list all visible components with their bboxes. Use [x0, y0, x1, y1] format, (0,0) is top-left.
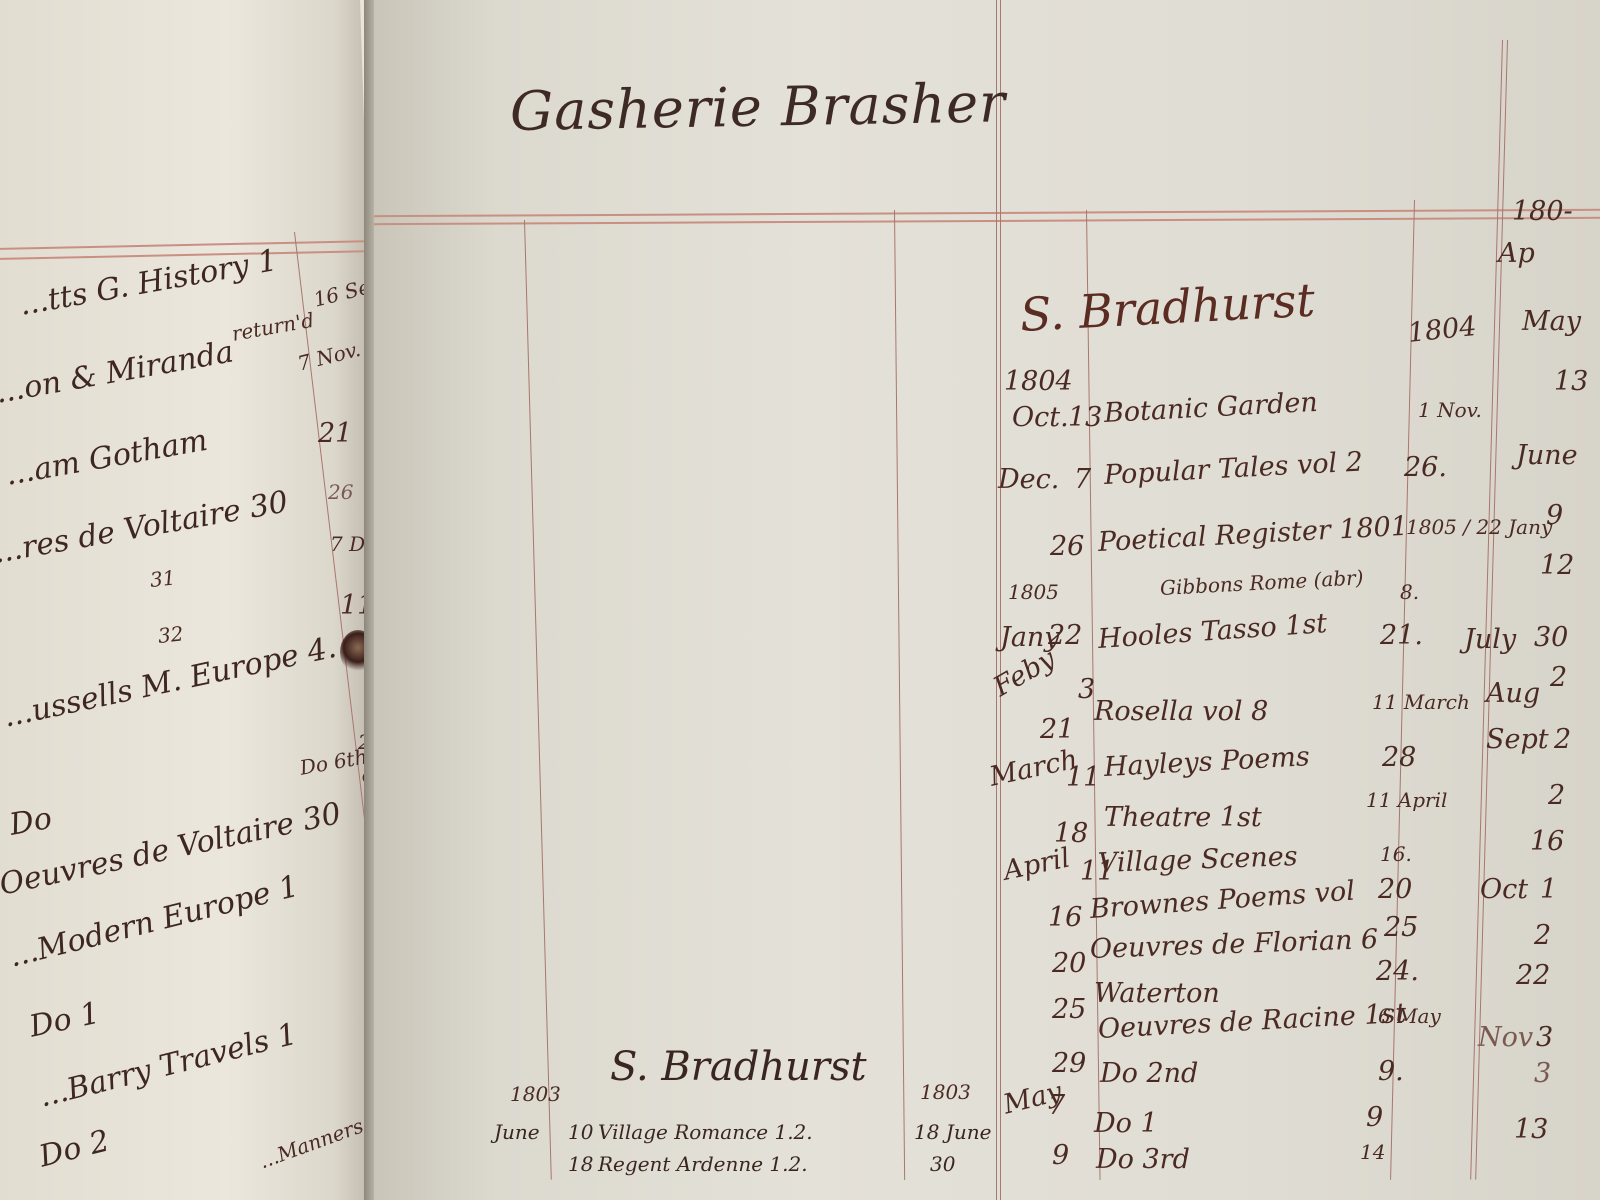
row-returned: 18 June — [914, 1120, 991, 1144]
row-returned: 11 March — [1372, 690, 1470, 714]
row-day: 11 — [1080, 856, 1114, 887]
edge-day: 2 — [1554, 724, 1571, 755]
left-entry-date: 21 — [318, 418, 352, 449]
edge-month: May — [1522, 306, 1581, 337]
left-entry-title: 31 — [149, 565, 177, 592]
row-returned: 1805 / 22 Jany — [1406, 515, 1552, 539]
edge-month: Sept — [1486, 724, 1549, 755]
edge-day: 13 — [1514, 1114, 1548, 1145]
edge-month: July — [1464, 624, 1516, 655]
edge-month: Ap — [1498, 238, 1535, 269]
row-day: 29 — [1052, 1048, 1086, 1079]
row-day: 9 — [1052, 1140, 1069, 1171]
row-title: Village Romance 1.2. — [598, 1120, 813, 1144]
edge-day: 30 — [1534, 622, 1568, 653]
row-returned: 16. — [1380, 842, 1412, 866]
row-returned: 21. — [1380, 620, 1423, 651]
row-title: Do 3rd — [1096, 1144, 1190, 1175]
edge-month: Oct — [1480, 874, 1528, 905]
row-day: 10 — [568, 1120, 593, 1144]
row-day: 7 — [1074, 464, 1091, 495]
row-day: 3 — [1078, 674, 1095, 705]
column-rule — [524, 220, 552, 1180]
edge-day: 16 — [1530, 826, 1564, 857]
edge-day: 2 — [1548, 780, 1565, 811]
row-month: Dec. — [998, 464, 1059, 495]
edge-day: 12 — [1540, 550, 1574, 581]
row-title: Regent Ardenne 1.2. — [598, 1152, 808, 1176]
left-entry-date: 26 — [328, 480, 353, 504]
row-returned: 20 — [1378, 874, 1412, 905]
row-title: Waterton — [1094, 978, 1220, 1009]
row-returned: 24. — [1376, 956, 1419, 987]
edge-day: 3 — [1534, 1058, 1551, 1089]
header-rule — [374, 209, 1600, 217]
row-returned: 1 Nov. — [1418, 398, 1482, 422]
row-day: 18 — [568, 1152, 593, 1176]
edge-day: 2 — [1534, 920, 1551, 951]
edge-day: 22 — [1516, 960, 1550, 991]
row-returned: 9. — [1378, 1056, 1404, 1087]
row-returned: 8. — [1400, 580, 1419, 604]
edge-month: Aug — [1486, 678, 1540, 709]
row-title: Theatre 1st — [1104, 802, 1262, 833]
row-title: Rosella vol 8 — [1094, 696, 1268, 727]
row-day: 26 — [1050, 531, 1084, 562]
edge-day: 1 — [1540, 874, 1557, 905]
row-day: 25 — [1052, 994, 1086, 1025]
edge-day: 13 — [1554, 366, 1588, 397]
edge-day: 3 — [1536, 1022, 1553, 1053]
left-entry-title: Do — [7, 801, 55, 843]
row-month: Oct. — [1012, 402, 1069, 433]
row-day: 7 — [1048, 1090, 1065, 1121]
row-returned: 14 — [1360, 1140, 1385, 1164]
edge-day: 2 — [1550, 662, 1567, 693]
row-title: Do 2nd — [1100, 1058, 1198, 1089]
edge-day: 9 — [1546, 500, 1563, 531]
column-rule — [996, 0, 997, 1200]
row-returned: 6 May — [1378, 1004, 1441, 1028]
row-month: 1805 — [1008, 580, 1059, 604]
row-day: 22 — [1048, 620, 1082, 651]
edge-month: Nov — [1478, 1022, 1533, 1053]
row-returned: 28 — [1382, 742, 1416, 773]
year-label: 1804 — [1004, 366, 1073, 397]
row-returned: 9 — [1366, 1102, 1383, 1133]
edge-year: 180- — [1512, 196, 1573, 227]
row-returned: 25 — [1384, 912, 1418, 943]
row-day: 13 — [1068, 402, 1102, 433]
row-returned: 26. — [1404, 452, 1447, 483]
edge-month: June — [1516, 440, 1578, 471]
row-returned: 30 — [930, 1152, 955, 1176]
column-rule — [1000, 0, 1001, 1200]
header-rule-2 — [374, 217, 1600, 225]
row-returned: 11 April — [1366, 788, 1447, 812]
year-label: 1803 — [510, 1082, 561, 1106]
borrower-name: S. Bradhurst — [610, 1044, 867, 1090]
year-label-right: 1803 — [920, 1080, 971, 1104]
row-month: June — [494, 1120, 540, 1144]
row-day: 20 — [1052, 948, 1086, 979]
row-day: 16 — [1048, 902, 1082, 933]
ledger-header-name: Gasherie Brasher — [509, 71, 1006, 143]
row-title: Do 1 — [1094, 1108, 1158, 1139]
column-rule — [894, 210, 906, 1180]
row-day: 21 — [1040, 714, 1074, 745]
row-day: 11 — [1066, 762, 1100, 793]
left-entry-title: 32 — [157, 621, 185, 648]
